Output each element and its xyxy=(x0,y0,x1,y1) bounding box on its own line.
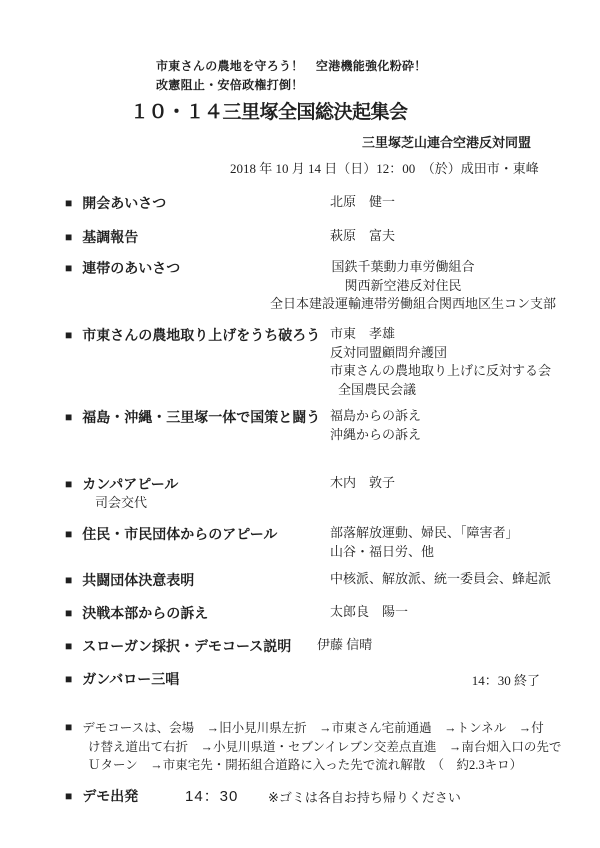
speaker-names: 市東 孝雄 反対同盟顧問弁護団 市東さんの農地取り上げに反対する会 全国農民会議 xyxy=(330,325,551,399)
departure-label: デモ出発 xyxy=(82,788,138,804)
bullet-icon: ■ xyxy=(65,672,72,686)
document-page: 市東さんの農地を守ろう！ 空港機能強化粉砕！ 改憲阻止・安倍政権打倒！ １０・１… xyxy=(0,0,600,848)
end-time: 14：30 終了 xyxy=(472,670,540,689)
litter-note: ※ゴミは各自お持ち帰りください xyxy=(268,787,461,806)
departure-row: ■デモ出発 xyxy=(65,786,138,806)
bullet-icon: ■ xyxy=(65,789,72,803)
speaker-names: 伊藤 信晴 xyxy=(317,636,372,655)
bullet-icon: ■ xyxy=(65,720,72,734)
speaker-name: 北原 健一 xyxy=(330,193,395,212)
program-row-farmland: ■市東さんの農地取り上げをうち破ろう xyxy=(65,325,320,345)
program-label: ガンバロー三唱 xyxy=(82,671,179,687)
program-label: スローガン採択・デモコース説明 xyxy=(82,638,291,654)
program-label: 市東さんの農地取り上げをうち破ろう xyxy=(82,327,320,343)
bullet-icon: ■ xyxy=(65,196,72,210)
speaker-name: 太郎良 陽一 xyxy=(330,603,408,622)
speaker-name: 部落解放運動、婦民、「障害者」 xyxy=(330,524,519,543)
program-row-slogan: ■スローガン採択・デモコース説明 xyxy=(65,636,291,656)
page-title: １０・１４三里塚全国総決起集会 xyxy=(130,97,408,124)
speaker-name: 萩原 富夫 xyxy=(330,227,395,246)
bullet-icon: ■ xyxy=(65,410,72,424)
speaker-name: 市東 孝雄 xyxy=(330,325,551,344)
program-row-headquarters: ■決戦本部からの訴え xyxy=(65,603,208,623)
speaker-names: 萩原 富夫 xyxy=(330,227,395,246)
program-label: 開会あいさつ xyxy=(82,195,166,211)
speaker-names: 国鉄千葉動力車労働組合 関西新空港反対住民 全日本建設運輸連帯労働組合関西地区生… xyxy=(270,258,536,314)
program-row-cheers: ■ガンバロー三唱 xyxy=(65,669,179,689)
demo-course-line-1: ■デモコースは、会場 →旧小見川県左折 →市東さん宅前通過 →トンネル →付 xyxy=(65,718,544,737)
program-row-joint-struggle: ■共闘団体決意表明 xyxy=(65,570,194,590)
speaker-name: 反対同盟顧問弁護団 xyxy=(330,344,551,363)
program-row-opening: ■開会あいさつ xyxy=(65,193,166,213)
speaker-names: 部落解放運動、婦民、「障害者」 山谷・福日労、他 xyxy=(330,524,519,561)
program-label: 住民・市民団体からのアピール xyxy=(82,526,277,542)
speaker-name: 伊藤 信晴 xyxy=(317,636,372,655)
speaker-name: 山谷・福日労、他 xyxy=(330,543,519,562)
speaker-name: 中核派、解放派、統一委員会、蜂起派 xyxy=(330,570,551,589)
program-row-kanpa: ■カンパアピール xyxy=(65,474,178,494)
demo-course-text: デモコースは、会場 →旧小見川県左折 →市東さん宅前通過 →トンネル →付 xyxy=(82,721,544,735)
demo-course-line-3: Ｕターン →市東宅先・開拓組合道路に入った先で流れ解散 （ 約2.3キロ） xyxy=(88,755,522,773)
program-row-keynote: ■基調報告 xyxy=(65,227,138,247)
speaker-name: 関西新空港反対住民 xyxy=(270,277,536,296)
bullet-icon: ■ xyxy=(65,527,72,541)
organization-name: 三里塚芝山連合空港反対同盟 xyxy=(362,132,531,151)
speaker-names: 木内 敦子 xyxy=(330,474,395,493)
program-label: 基調報告 xyxy=(82,229,138,245)
speaker-name: 国鉄千葉動力車労働組合 xyxy=(270,258,536,277)
bullet-icon: ■ xyxy=(65,261,72,275)
speaker-names: 太郎良 陽一 xyxy=(330,603,408,622)
slogan-line-1: 市東さんの農地を守ろう！ 空港機能強化粉砕！ xyxy=(156,57,427,74)
bullet-icon: ■ xyxy=(65,573,72,587)
speaker-name: 福島からの訴え xyxy=(330,407,421,426)
speaker-name: 沖縄からの訴え xyxy=(330,426,421,445)
speaker-names: 北原 健一 xyxy=(330,193,395,212)
demo-course-line-2: け替え道出て右折 →小見川県道・セブンイレブン交差点直進 →南台畑入口の先で xyxy=(88,737,561,755)
bullet-icon: ■ xyxy=(65,639,72,653)
program-row-national-policy: ■福島・沖縄・三里塚一体で国策と闘う xyxy=(65,407,320,427)
slogan-line-2: 改憲阻止・安倍政権打倒！ xyxy=(156,76,304,93)
speaker-name: 全日本建設運輸連帯労働組合関西地区生コン支部 xyxy=(270,295,536,314)
bullet-icon: ■ xyxy=(65,606,72,620)
program-label: カンパアピール xyxy=(82,476,178,492)
program-row-citizens-appeal: ■住民・市民団体からのアピール xyxy=(65,524,277,544)
bullet-icon: ■ xyxy=(65,328,72,342)
departure-time: 14：30 xyxy=(185,785,238,806)
speaker-name: 木内 敦子 xyxy=(330,474,395,493)
speaker-names: 福島からの訴え 沖縄からの訴え xyxy=(330,407,421,444)
bullet-icon: ■ xyxy=(65,477,72,491)
mc-change-note: 司会交代 xyxy=(95,492,147,511)
program-label: 決戦本部からの訴え xyxy=(82,605,208,621)
event-date: 2018 年 10 月 14 日（日）12：00 （於）成田市・東峰 xyxy=(230,158,539,177)
speaker-name: 全国農民会議 xyxy=(330,381,551,400)
program-label: 福島・沖縄・三里塚一体で国策と闘う xyxy=(82,409,320,425)
speaker-names: 中核派、解放派、統一委員会、蜂起派 xyxy=(330,570,551,589)
program-row-solidarity: ■連帯のあいさつ xyxy=(65,258,180,278)
program-label: 共闘団体決意表明 xyxy=(82,572,194,588)
program-label: 連帯のあいさつ xyxy=(82,260,180,276)
bullet-icon: ■ xyxy=(65,230,72,244)
speaker-name: 市東さんの農地取り上げに反対する会 xyxy=(330,362,551,381)
